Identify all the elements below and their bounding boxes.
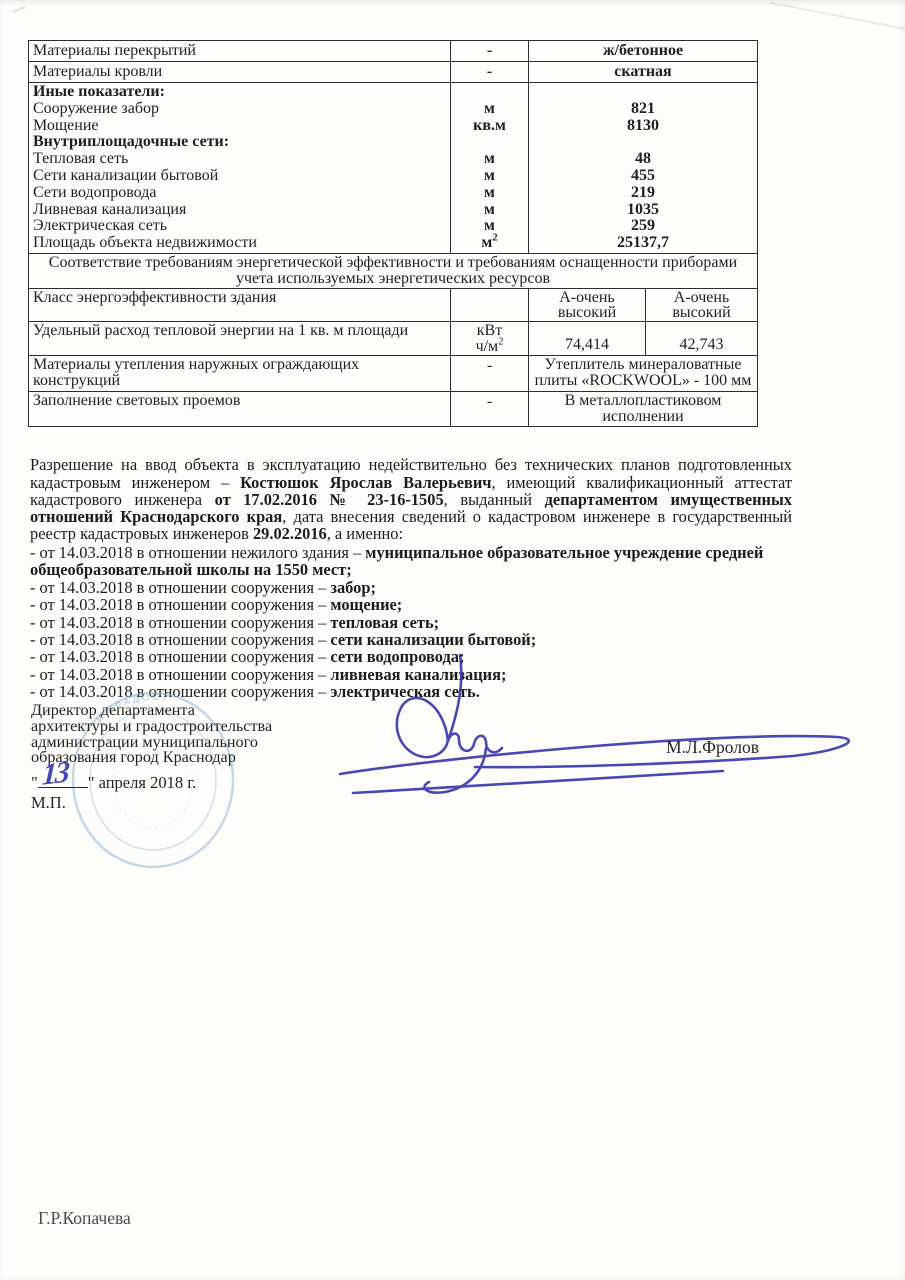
indicator-value: 821 <box>533 101 753 118</box>
indicator-unit: м <box>455 218 524 235</box>
examiner-name: Г.Р.Копачева <box>38 1208 131 1229</box>
row-label: Заполнение световых проемов <box>29 391 451 426</box>
row-label: Материалы кровли <box>29 62 451 83</box>
row-unit <box>451 288 529 321</box>
row-unit-kwt: кВт ч/м2 <box>451 321 529 355</box>
paragraph-text: , выданный <box>444 490 545 509</box>
indicator-value: 8130 <box>533 118 753 135</box>
heat-value-2: 42,743 <box>646 321 758 355</box>
indicator-label: Сооружение забор <box>33 101 446 118</box>
insulation-value: Утеплитель минераловатные плиты «ROCKWOO… <box>529 356 758 391</box>
indicator-unit-sq-m: м2 <box>455 235 524 252</box>
row-value: скатная <box>529 62 758 83</box>
indicator-value: 48 <box>533 151 753 168</box>
indicator-values: 821 8130 48 455 219 1035 259 25137,7 <box>529 83 758 254</box>
date-suffix: апреля 2018 г. <box>95 773 197 792</box>
signer-name: М.Л.Фролов <box>666 737 759 758</box>
indicator-unit: кв.м <box>455 118 524 135</box>
indicator-value: 1035 <box>533 202 753 219</box>
list-item: - от 14.03.2018 в отношении сооружения –… <box>30 614 800 631</box>
engineer-name: Костюшок Ярослав Валерьевич <box>240 473 491 492</box>
indicator-label: Площадь объекта недвижимости <box>33 235 446 252</box>
handwritten-day: 13 <box>41 755 69 793</box>
indicator-units: м кв.м м м м м м м2 <box>451 83 529 254</box>
table-row-floor-materials: Материалы перекрытий - ж/бетонное <box>29 41 758 62</box>
svg-text:· · · · · · · · · ·: · · · · · · · · · · · · · · · · · <box>87 804 182 862</box>
row-label: Удельный расход тепловой энергии на 1 кв… <box>29 321 451 355</box>
indicator-unit: м <box>455 202 524 219</box>
cadastral-engineer-paragraph: Разрешение на ввод объекта в эксплуатаци… <box>30 456 792 542</box>
indicator-label: Сети канализации бытовой <box>33 168 446 185</box>
heat-value-1: 74,414 <box>529 321 646 355</box>
indicator-labels: Иные показатели: Сооружение забор Мощени… <box>29 83 451 254</box>
building-indicators-table: Материалы перекрытий - ж/бетонное Матери… <box>28 40 758 427</box>
row-label: Материалы утепления наружных ограждающих… <box>29 356 451 391</box>
energy-class-value-1: А-очень высокий <box>529 288 646 321</box>
row-value: ж/бетонное <box>529 41 758 62</box>
row-unit: - <box>451 356 529 391</box>
superscript: 2 <box>498 336 503 347</box>
indicator-value: 219 <box>533 185 753 202</box>
indicator-unit: м <box>455 168 524 185</box>
row-unit: - <box>451 62 529 83</box>
scan-artifact-mark <box>12 5 26 14</box>
row-label: Класс энергоэффективности здания <box>29 288 451 321</box>
seal-place-mark: М.П. <box>31 793 66 813</box>
indicator-label: Тепловая сеть <box>33 151 446 168</box>
indicator-label: Внутриплощадочные сети: <box>33 134 446 151</box>
registry-date: 29.02.2016 <box>253 524 327 543</box>
indicator-value <box>533 134 753 151</box>
superscript: 2 <box>492 233 497 244</box>
table-row-energy-class: Класс энергоэффективности здания А-очень… <box>29 288 758 321</box>
indicator-label: Иные показатели: <box>33 84 446 101</box>
indicator-value <box>533 84 753 101</box>
signature-ink <box>325 645 873 813</box>
table-row-windows: Заполнение световых проемов - В металлоп… <box>29 391 758 426</box>
indicator-label: Сети водопровода <box>33 185 446 202</box>
indicator-unit: м <box>455 151 524 168</box>
indicator-label: Мощение <box>33 118 446 135</box>
windows-value: В металлопластиковом исполнении <box>529 391 758 426</box>
energy-class-value-2: А-очень высокий <box>646 288 758 321</box>
paragraph-text: , а именно: <box>327 524 403 543</box>
scan-artifact-line <box>770 2 905 33</box>
indicator-label: Ливневая канализация <box>33 202 446 219</box>
indicator-unit <box>455 134 524 151</box>
indicator-unit: м <box>455 101 524 118</box>
scanned-permit-document-page: Материалы перекрытий - ж/бетонное Матери… <box>0 0 905 1280</box>
row-unit: - <box>451 391 529 426</box>
row-unit: - <box>451 41 529 62</box>
table-row-energy-section-header: Соответствие требованиям энергетической … <box>29 253 758 288</box>
indicator-value: 25137,7 <box>533 235 753 252</box>
attestation-number: от 17.02.2016 № 23-16-1505 <box>215 490 444 509</box>
indicator-value: 455 <box>533 168 753 185</box>
row-label: Материалы перекрытий <box>29 41 451 62</box>
table-row-roof-materials: Материалы кровли - скатная <box>29 62 758 83</box>
indicator-unit: м <box>455 185 524 202</box>
list-item: - от 14.03.2018 в отношении сооружения –… <box>30 596 800 613</box>
indicator-value: 259 <box>533 218 753 235</box>
energy-section-header: Соответствие требованиям энергетической … <box>29 253 758 288</box>
table-row-heat-consumption: Удельный расход тепловой энергии на 1 кв… <box>29 321 758 355</box>
table-row-insulation: Материалы утепления наружных ограждающих… <box>29 356 758 391</box>
indicator-unit <box>455 84 524 101</box>
list-item: - от 14.03.2018 в отношении нежилого зда… <box>30 544 800 579</box>
table-row-other-indicators: Иные показатели: Сооружение забор Мощени… <box>29 83 758 254</box>
indicator-label: Электрическая сеть <box>33 218 446 235</box>
list-item: - от 14.03.2018 в отношении сооружения –… <box>30 579 800 596</box>
